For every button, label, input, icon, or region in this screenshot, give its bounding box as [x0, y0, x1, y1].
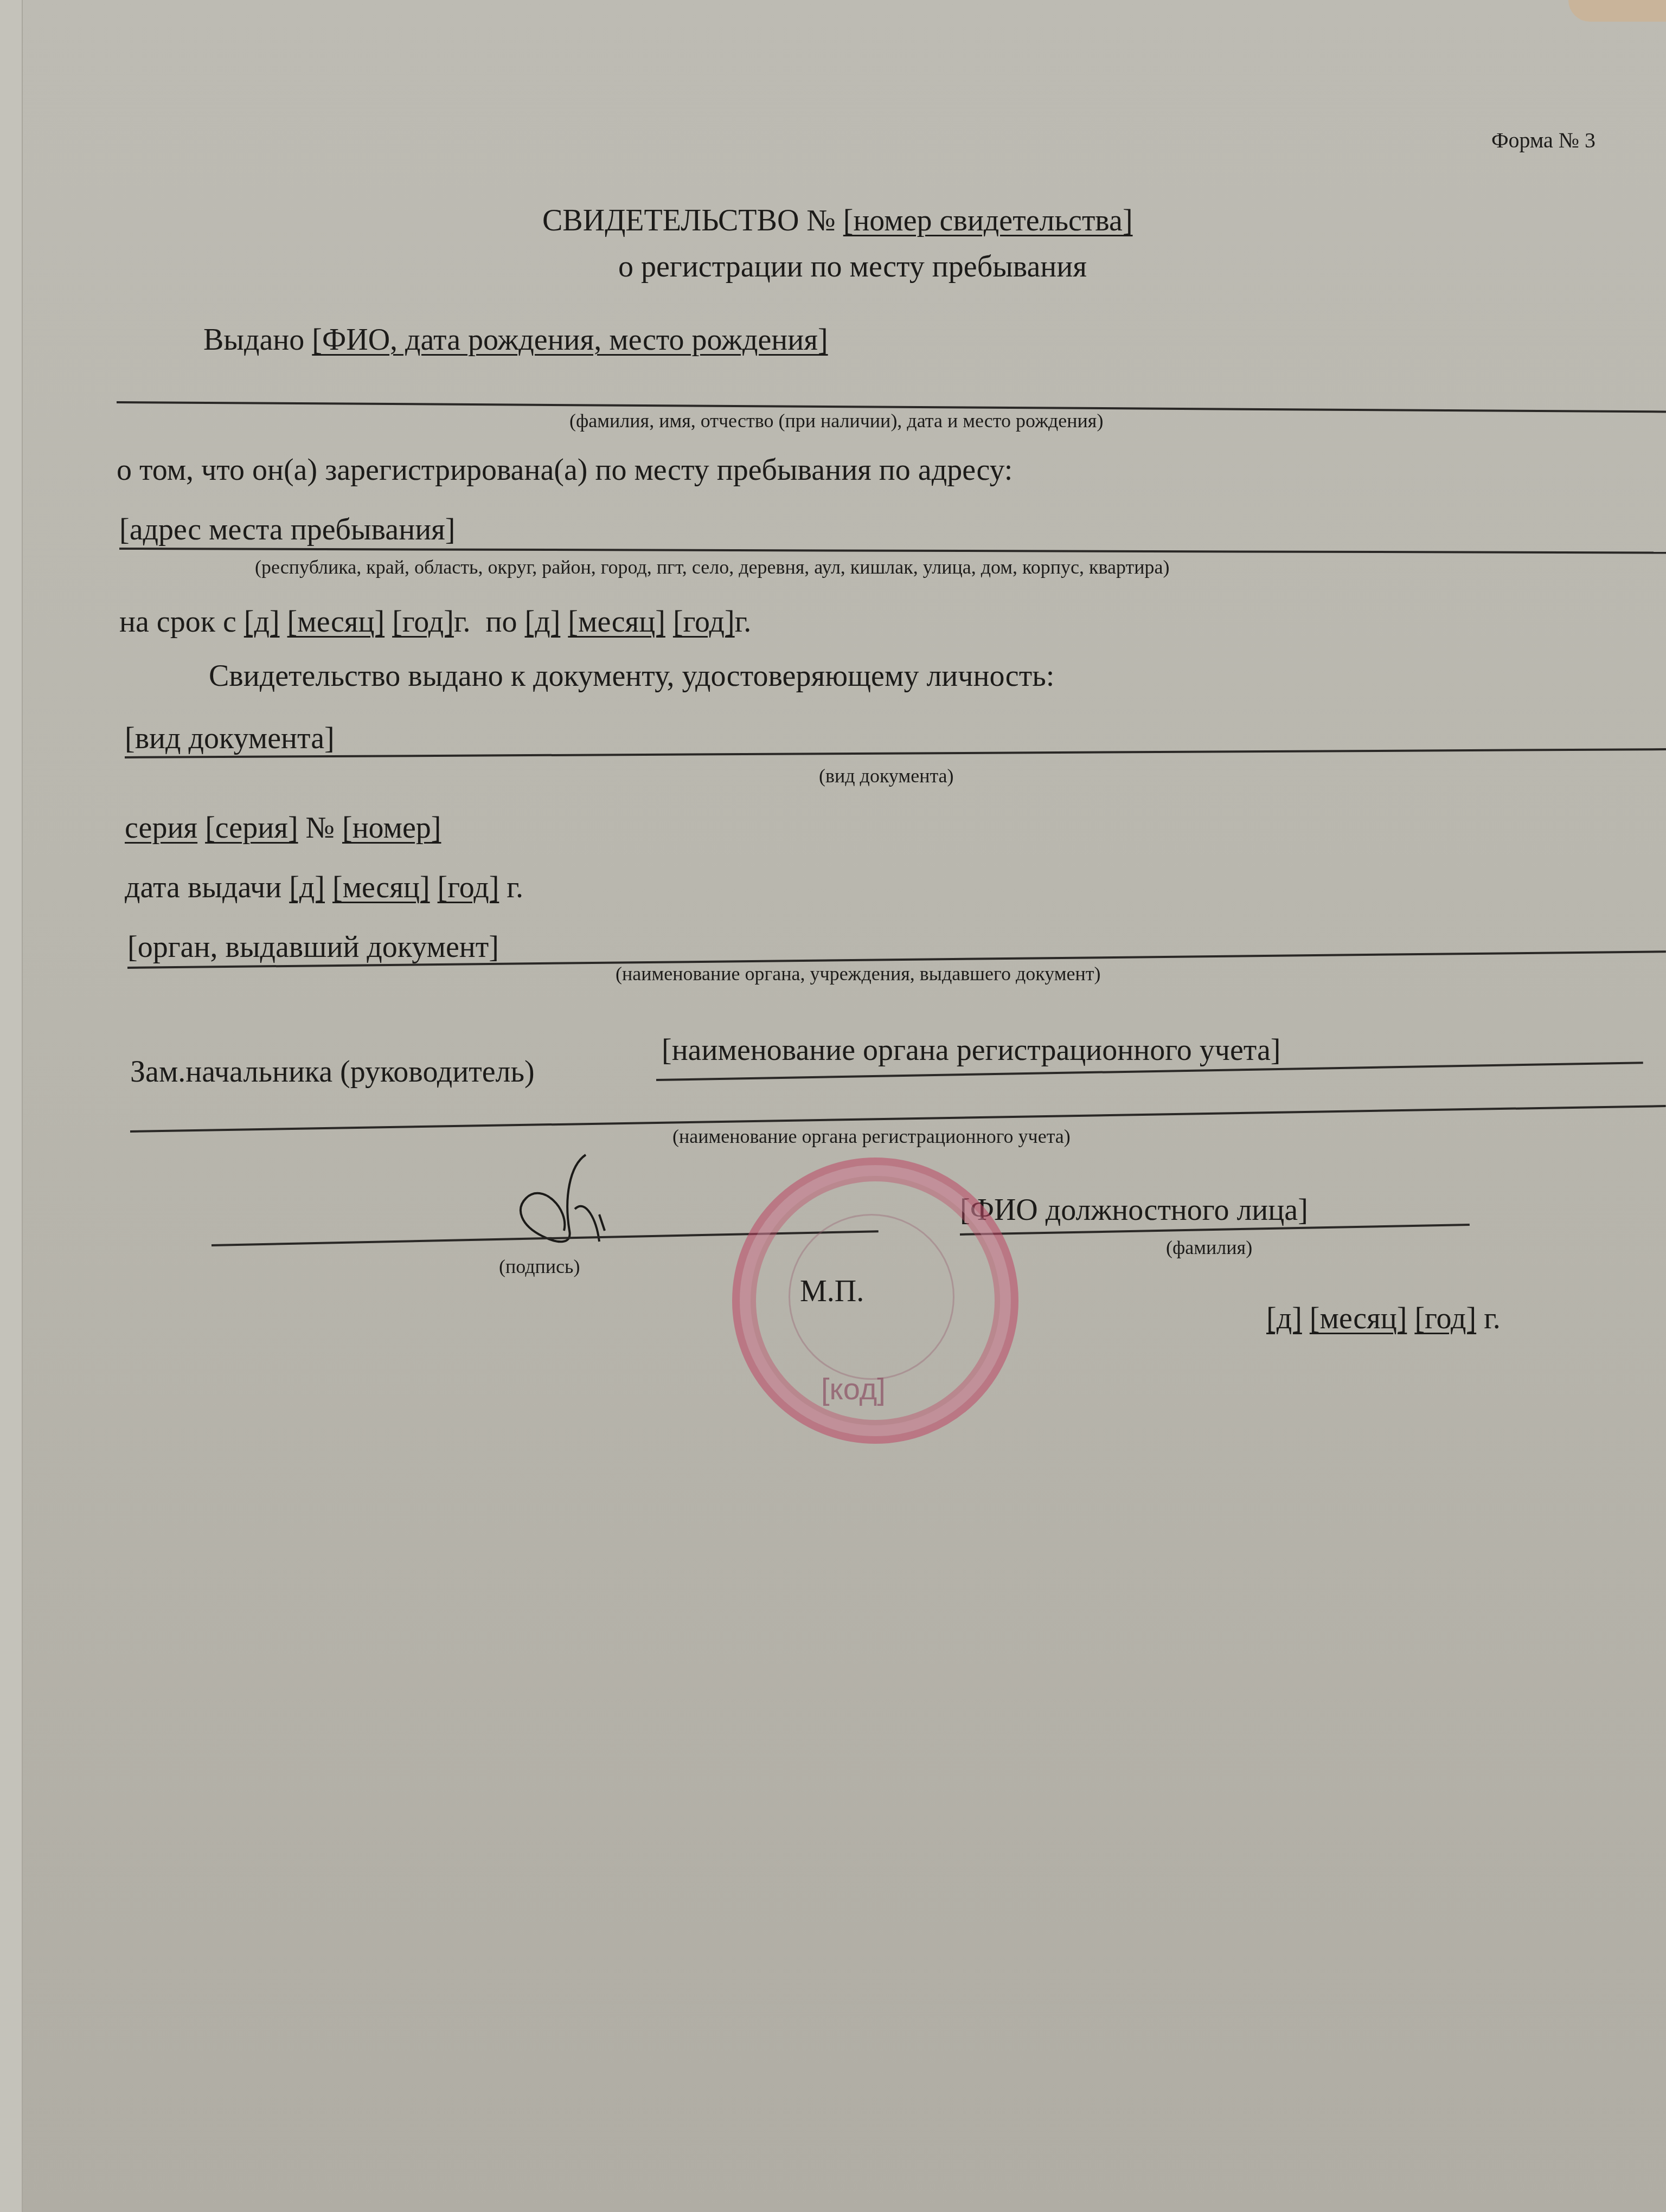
term-from-day: [д]	[244, 605, 280, 639]
term-to-prefix: по	[486, 605, 517, 639]
official-seal-icon: [код]	[732, 1158, 1018, 1444]
term-to-month: [месяц]	[568, 605, 665, 639]
number-value: [номер]	[342, 811, 441, 845]
signature-date-year: [год]	[1414, 1302, 1476, 1335]
series-label: серия	[125, 811, 197, 845]
identity-document-type: [вид документа]	[125, 721, 335, 756]
issue-suffix: г.	[507, 871, 523, 904]
identity-issuer: [орган, выдавший документ]	[127, 930, 499, 964]
seal-code: [код]	[821, 1371, 886, 1406]
issue-month: [месяц]	[332, 871, 430, 904]
number-label: №	[306, 811, 335, 845]
official-name: [ФИО должностного лица]	[960, 1193, 1308, 1227]
authority-caption: (наименование органа регистрационного уч…	[672, 1125, 1071, 1148]
issued-to-value: [ФИО, дата рождения, место рождения]	[312, 323, 828, 357]
signature-date: [д] [месяц] [год] г.	[1266, 1301, 1501, 1336]
certificate-number: [номер свидетельства]	[843, 204, 1133, 237]
registration-statement: о том, что он(а) зарегистрирована(а) по …	[117, 453, 1013, 487]
issue-day: [д]	[289, 871, 325, 904]
certificate-title: СВИДЕТЕЛЬСТВО № [номер свидетельства]	[542, 203, 1133, 238]
signature-date-day: [д]	[1266, 1302, 1302, 1335]
underlying-page-edge	[0, 0, 23, 2212]
signature-date-suffix: г.	[1484, 1302, 1501, 1335]
identity-issue-date: дата выдачи [д] [месяц] [год] г.	[125, 870, 523, 905]
identity-statement: Свидетельство выдано к документу, удосто…	[209, 659, 1054, 693]
issued-to-label: Выдано	[203, 323, 304, 357]
term-prefix: на срок с	[119, 605, 236, 639]
term-to-suffix: г.	[735, 605, 752, 639]
authority-name-line1: [наименование органа регистрационного уч…	[662, 1033, 1281, 1068]
form-number: Форма № 3	[1491, 127, 1595, 153]
seal-label: М.П.	[800, 1274, 864, 1309]
term-to-year: [год]	[673, 605, 735, 639]
series-value: [серия]	[205, 811, 298, 845]
signature-date-month: [месяц]	[1310, 1302, 1407, 1335]
term-from-suffix: г.	[454, 605, 471, 639]
registration-term: на срок с [д] [месяц] [год]г. по [д] [ме…	[119, 605, 751, 639]
registration-address: [адрес места пребывания]	[119, 512, 456, 547]
issued-to-caption: (фамилия, имя, отчество (при наличии), д…	[569, 409, 1103, 432]
title-prefix: СВИДЕТЕЛЬСТВО №	[542, 204, 836, 237]
signature-caption: (подпись)	[499, 1255, 580, 1278]
identity-type-caption: (вид документа)	[819, 764, 954, 787]
issued-to-row: Выдано [ФИО, дата рождения, место рожден…	[203, 323, 828, 357]
certificate-subtitle: о регистрации по месту пребывания	[618, 249, 1087, 284]
issuer-caption: (наименование органа, учреждения, выдавш…	[616, 962, 1100, 985]
issue-date-label: дата выдачи	[125, 871, 281, 904]
identity-series-number: серия [серия] № [номер]	[125, 811, 441, 845]
authority-position: Зам.начальника (руководитель)	[130, 1054, 535, 1089]
official-caption: (фамилия)	[1166, 1236, 1252, 1259]
term-from-month: [месяц]	[287, 605, 385, 639]
issue-year: [год]	[438, 871, 499, 904]
term-from-year: [год]	[392, 605, 454, 639]
term-to-day: [д]	[525, 605, 561, 639]
address-caption: (республика, край, область, округ, район…	[255, 556, 1169, 578]
table-surface	[1568, 0, 1666, 22]
